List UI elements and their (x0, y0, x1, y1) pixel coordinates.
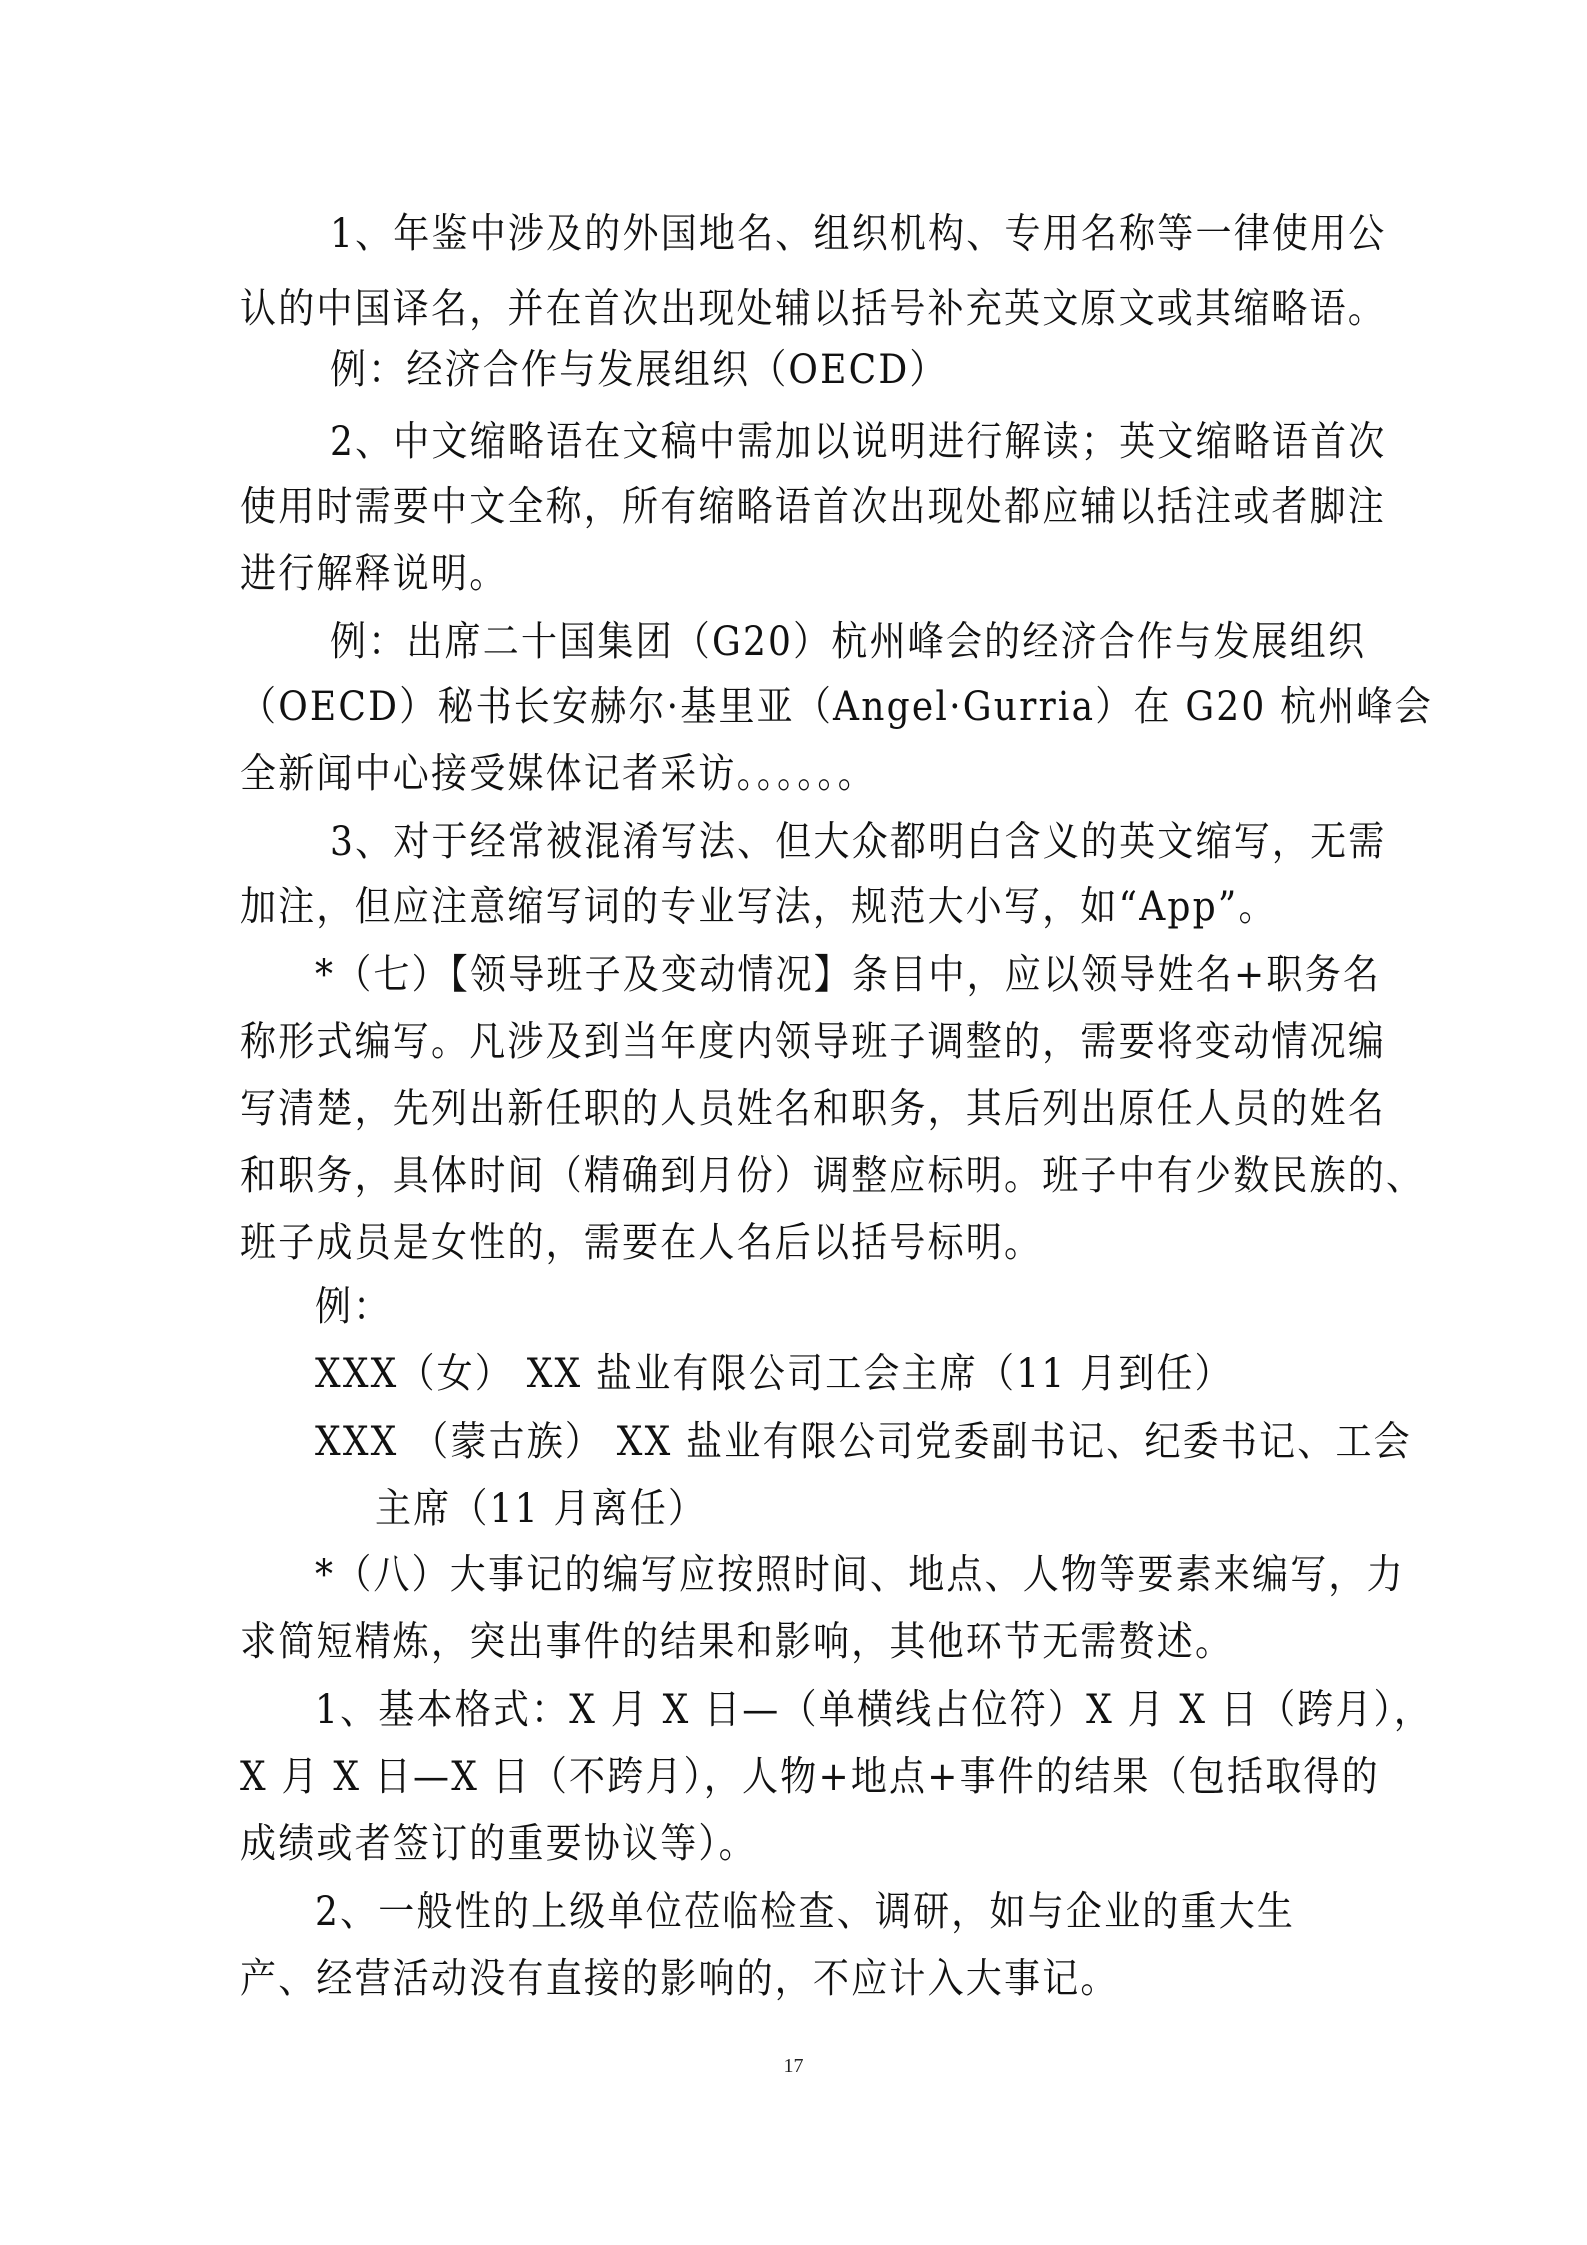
section-8-item-1-line-3: 成绩或者签订的重要协议等）。 (240, 1820, 1360, 1869)
section-8-line-2: 求简短精炼，突出事件的结果和影响，其他环节无需赘述。 (240, 1618, 1360, 1667)
section-7-line-5: 班子成员是女性的，需要在人名后以括号标明。 (240, 1219, 1360, 1268)
section-7-example-2-line-1: XXX （蒙古族） XX 盐业有限公司党委副书记、纪委书记、工会 (315, 1418, 1435, 1467)
paragraph-2-line-1: 2、中文缩略语在文稿中需加以说明进行解读；英文缩略语首次 (330, 418, 1450, 467)
paragraph-3-line-1: 3、对于经常被混淆写法、但大众都明白含义的英文缩写，无需 (330, 818, 1450, 867)
section-8-heading-line-1: *（八）大事记的编写应按照时间、地点、人物等要素来编写，力 (315, 1551, 1435, 1600)
section-7-line-4: 和职务，具体时间（精确到月份）调整应标明。班子中有少数民族的、 (240, 1152, 1360, 1201)
section-7-example-2-line-2: 主席（11 月离任） (375, 1485, 1495, 1534)
paragraph-2-line-3: 进行解释说明。 (240, 550, 1360, 599)
section-8-item-2-line-2: 产、经营活动没有直接的影响的，不应计入大事记。 (240, 1955, 1360, 2004)
section-7-example-1: XXX（女） XX 盐业有限公司工会主席（11 月到任） (315, 1350, 1435, 1399)
section-7-line-2: 称形式编写。凡涉及到当年度内领导班子调整的，需要将变动情况编 (240, 1018, 1360, 1067)
example-oecd: 例：经济合作与发展组织（OECD） (330, 346, 1450, 395)
section-8-item-2-line-1: 2、一般性的上级单位莅临检查、调研，如与企业的重大生 (315, 1888, 1435, 1937)
section-7-example-label: 例： (315, 1283, 1435, 1332)
example-g20-line-1: 例：出席二十国集团（G20）杭州峰会的经济合作与发展组织 (330, 618, 1450, 667)
paragraph-1-line-2: 认的中国译名，并在首次出现处辅以括号补充英文原文或其缩略语。 (240, 285, 1360, 334)
section-8-item-1-line-2: X 月 X 日—X 日（不跨月），人物+地点+事件的结果（包括取得的 (240, 1753, 1360, 1802)
paragraph-3-line-2: 加注，但应注意缩写词的专业写法，规范大小写，如“App”。 (240, 883, 1360, 932)
paragraph-1-line-1: 1、年鉴中涉及的外国地名、组织机构、专用名称等一律使用公 (330, 210, 1450, 259)
section-7-heading-line-1: *（七）【领导班子及变动情况】条目中，应以领导姓名+职务名 (315, 951, 1435, 1000)
document-page: 1、年鉴中涉及的外国地名、组织机构、专用名称等一律使用公 认的中国译名，并在首次… (0, 0, 1587, 2245)
example-g20-line-2: （OECD）秘书长安赫尔·基里亚（Angel·Gurria）在 G20 杭州峰会 (240, 683, 1360, 732)
section-7-line-3: 写清楚，先列出新任职的人员姓名和职务，其后列出原任人员的姓名 (240, 1085, 1360, 1134)
section-8-item-1-line-1: 1、基本格式：X 月 X 日—（单横线占位符）X 月 X 日（跨月）， (315, 1686, 1435, 1735)
example-g20-line-3: 全新闻中心接受媒体记者采访。。。。。。 (240, 750, 1360, 799)
paragraph-2-line-2: 使用时需要中文全称，所有缩略语首次出现处都应辅以括注或者脚注 (240, 483, 1360, 532)
page-number: 17 (0, 2055, 1587, 2078)
